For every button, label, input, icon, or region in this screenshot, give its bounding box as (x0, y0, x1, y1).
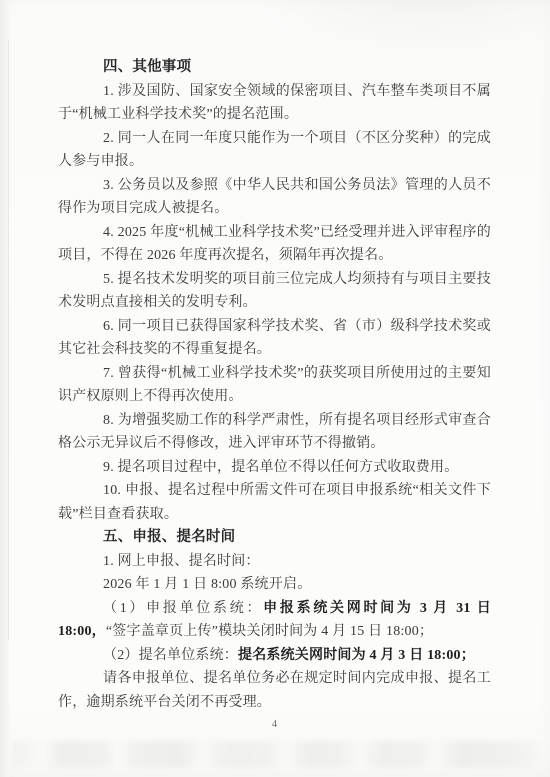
text-run: 1. 网上申报、提名时间： (103, 554, 260, 569)
section-heading: 四、其他事项 (58, 56, 491, 80)
text-run: 1. 涉及国防、国家安全领域的保密项目、汽车整车类项目不属于“机械工业科学技术奖… (58, 84, 491, 123)
text-run: 6. 同一项目已获得国家科学技术奖、省（市）级科学技术奖或其它社会科技奖的不得重… (58, 319, 491, 358)
paragraph: 8. 为增强奖励工作的科学严肃性，所有提名项目经形式审查合格公示无异议后不得修改… (58, 409, 491, 456)
paragraph: 5. 提名技术发明奖的项目前三位完成人均须持有与项目主要技术发明点直接相关的发明… (58, 268, 491, 315)
paragraph: 6. 同一项目已获得国家科学技术奖、省（市）级科学技术奖或其它社会科技奖的不得重… (58, 315, 491, 362)
page-number: 4 (0, 719, 550, 730)
paragraph: （2）提名单位系统：提名系统关网时间为 4 月 3 日 18:00； (58, 644, 491, 668)
section-other-matters: 四、其他事项 1. 涉及国防、国家安全领域的保密项目、汽车整车类项目不属于“机械… (58, 56, 491, 526)
text-run: （1）申报单位系统： (103, 601, 263, 616)
section-paragraphs: 1. 网上申报、提名时间：2026 年 1 月 1 日 8:00 系统开启。（1… (58, 550, 491, 715)
text-run: 8. 为增强奖励工作的科学严肃性，所有提名项目经形式审查合格公示无异议后不得修改… (58, 413, 491, 452)
bold-text-run: 提名系统关网时间为 4 月 3 日 18:00； (238, 648, 475, 663)
text-run: “签字盖章页上传”模块关闭时间为 4 月 15 日 18:00； (106, 624, 433, 639)
text-run: 2. 同一人在同一年度只能作为一个项目（不区分奖种）的完成人参与申报。 (58, 131, 491, 170)
section-application-nomination-time: 五、申报、提名时间 1. 网上申报、提名时间：2026 年 1 月 1 日 8:… (58, 526, 491, 714)
text-run: 2026 年 1 月 1 日 8:00 系统开启。 (103, 577, 311, 592)
scan-left-edge-line (8, 40, 9, 640)
paragraph: 2026 年 1 月 1 日 8:00 系统开启。 (58, 573, 491, 597)
document-page: 四、其他事项 1. 涉及国防、国家安全领域的保密项目、汽车整车类项目不属于“机械… (0, 0, 550, 777)
paragraph: 1. 网上申报、提名时间： (58, 550, 491, 574)
scan-top-smudge (250, 0, 550, 60)
text-run: 7. 曾获得“机械工业科学技术奖”的获奖项目所使用过的主要知识产权原则上不得再次… (58, 366, 491, 405)
scan-bottom-artifact-band (12, 741, 540, 768)
text-run: 请各申报单位、提名单位务必在规定时间内完成申报、提名工作，逾期系统平台关闭不再受… (58, 671, 491, 710)
paragraph: 4. 2025 年度“机械工业科学技术奖”已经受理并进入评审程序的项目，不得在 … (58, 221, 491, 268)
text-run: 4. 2025 年度“机械工业科学技术奖”已经受理并进入评审程序的项目，不得在 … (58, 225, 491, 264)
text-run: 10. 申报、提名过程中所需文件可在项目申报系统“相关文件下载”栏目查看获取。 (58, 483, 491, 522)
paragraph: 请各申报单位、提名单位务必在规定时间内完成申报、提名工作，逾期系统平台关闭不再受… (58, 667, 491, 714)
text-run: 5. 提名技术发明奖的项目前三位完成人均须持有与项目主要技术发明点直接相关的发明… (58, 272, 491, 311)
text-run: （2）提名单位系统： (103, 648, 238, 663)
text-run: 9. 提名项目过程中，提名单位不得以任何方式收取费用。 (103, 460, 458, 475)
paragraph: 3. 公务员以及参照《中华人民共和国公务员法》管理的人员不得作为项目完成人被提名… (58, 174, 491, 221)
section-heading: 五、申报、提名时间 (58, 526, 491, 550)
paragraph: 10. 申报、提名过程中所需文件可在项目申报系统“相关文件下载”栏目查看获取。 (58, 479, 491, 526)
paragraph: 1. 涉及国防、国家安全领域的保密项目、汽车整车类项目不属于“机械工业科学技术奖… (58, 80, 491, 127)
paragraph: 2. 同一人在同一年度只能作为一个项目（不区分奖种）的完成人参与申报。 (58, 127, 491, 174)
paragraph: （1）申报单位系统：申报系统关网时间为 3 月 31 日 18:00，“签字盖章… (58, 597, 491, 644)
paragraph: 7. 曾获得“机械工业科学技术奖”的获奖项目所使用过的主要知识产权原则上不得再次… (58, 362, 491, 409)
text-run: 3. 公务员以及参照《中华人民共和国公务员法》管理的人员不得作为项目完成人被提名… (58, 178, 491, 217)
section-paragraphs: 1. 涉及国防、国家安全领域的保密项目、汽车整车类项目不属于“机械工业科学技术奖… (58, 80, 491, 527)
document-content: 四、其他事项 1. 涉及国防、国家安全领域的保密项目、汽车整车类项目不属于“机械… (58, 56, 491, 714)
paragraph: 9. 提名项目过程中，提名单位不得以任何方式收取费用。 (58, 456, 491, 480)
